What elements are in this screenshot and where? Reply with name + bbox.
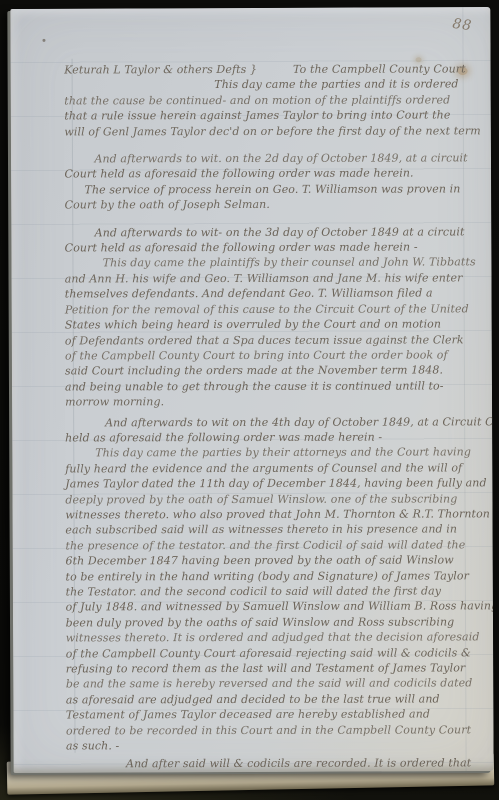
manuscript-line: the presence of the testator. and the fi… bbox=[65, 537, 490, 554]
manuscript-line: each subscribed said will as witnesses t… bbox=[65, 522, 490, 539]
manuscript-line: been duly proved by the oaths of said Wi… bbox=[66, 614, 491, 631]
manuscript-line: that the cause be continued- and on moti… bbox=[64, 92, 489, 109]
manuscript-line: deeply proved by the oath of Samuel Wins… bbox=[65, 491, 490, 508]
manuscript-line: Court by the oath of Joseph Selman. bbox=[65, 197, 490, 214]
manuscript-line: be and the same is hereby reversed and t… bbox=[66, 676, 491, 693]
manuscript-line: of the Campbell County Court aforesaid r… bbox=[66, 645, 491, 662]
manuscript-line: And afterwards to wit. on the 2d day of … bbox=[94, 150, 489, 166]
manuscript-line: This day came the plaintiffs by their co… bbox=[103, 255, 490, 271]
manuscript-line: said Court including the orders made at … bbox=[65, 363, 490, 380]
manuscript-line: 6th December 1847 having been proved by … bbox=[65, 553, 490, 570]
manuscript-line: And afterwards to wit on the 4th day of … bbox=[105, 414, 490, 430]
manuscript-line: witnesses thereto. It is ordered and adj… bbox=[66, 630, 491, 647]
manuscript-line: refusing to record them as the last will… bbox=[66, 660, 491, 677]
manuscript-line: to be entirely in the hand writing (body… bbox=[66, 568, 491, 585]
manuscript-line: James Taylor dated the 11th day of Decem… bbox=[65, 475, 490, 492]
manuscript-line: themselves defendants. And defendant Geo… bbox=[65, 286, 490, 303]
ledger-page: 88 Keturah L Taylor & others Defts } To … bbox=[10, 7, 493, 773]
manuscript-line: Court held as aforesaid the following or… bbox=[65, 239, 490, 256]
manuscript-line: This day came the parties by their attor… bbox=[95, 445, 490, 461]
manuscript-line: And afterwards to wit- on the 3d day of … bbox=[95, 224, 490, 240]
manuscript-line: as aforesaid are adjudged and decided to… bbox=[66, 691, 491, 708]
manuscript-line: And after said will & codicils are recor… bbox=[126, 756, 491, 772]
page-number: 88 bbox=[452, 16, 474, 35]
manuscript-line: States which being heard is overruled by… bbox=[65, 316, 490, 333]
manuscript-line: of Defendants ordered that a Spa duces t… bbox=[65, 332, 490, 349]
manuscript-line: of July 1848. and witnessed by Samuell W… bbox=[66, 599, 491, 616]
manuscript-line: Testament of James Taylor deceased are h… bbox=[66, 707, 491, 724]
manuscript-line: the Testator. and the second codicil to … bbox=[66, 583, 491, 600]
manuscript-line: of the Campbell County Court to bring in… bbox=[65, 347, 490, 364]
manuscript-line: ordered to be recorded in this Court and… bbox=[66, 722, 491, 739]
manuscript-line: will of Genl James Taylor dec'd on or be… bbox=[64, 123, 489, 140]
manuscript-line: fully heard the evidence and the argumen… bbox=[65, 460, 490, 477]
manuscript-line: morrow morning. bbox=[65, 393, 490, 410]
manuscript-line: that a rule issue herein against James T… bbox=[64, 108, 489, 125]
manuscript-line: Petition for the removal of this cause t… bbox=[65, 301, 490, 318]
manuscript-line: and being unable to get through the caus… bbox=[65, 378, 490, 395]
manuscript-line: Keturah L Taylor & others Defts } To the… bbox=[64, 61, 489, 78]
manuscript-line: as such. - bbox=[66, 737, 491, 754]
manuscript-line: and Ann H. his wife and Geo. T. Williams… bbox=[65, 270, 490, 287]
manuscript-line: witnesses thereto. who also proved that … bbox=[65, 506, 490, 523]
foxing-spot bbox=[42, 39, 45, 42]
manuscript-line: This day came the parties and it is orde… bbox=[214, 77, 489, 93]
manuscript-line: held as aforesaid the following order wa… bbox=[65, 429, 490, 446]
manuscript-line: The service of process herein on Geo. T.… bbox=[85, 181, 490, 197]
manuscript-line: Court held as aforesaid the following or… bbox=[64, 166, 489, 183]
manuscript-lines: Keturah L Taylor & others Defts } To the… bbox=[64, 61, 491, 772]
